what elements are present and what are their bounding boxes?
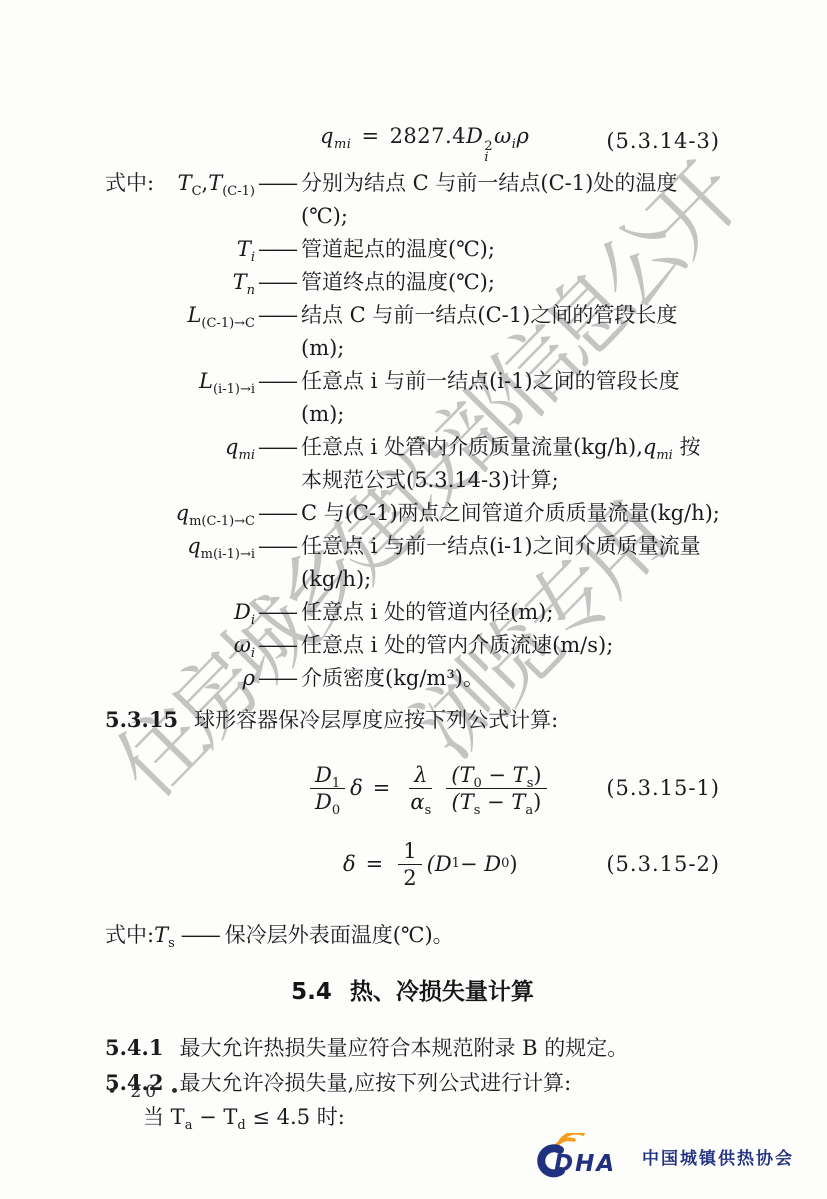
definition-text: 保冷层外表面温度(℃)。 bbox=[225, 919, 454, 952]
definition-row: Tn —— 管道终点的温度(℃); bbox=[105, 266, 720, 299]
clause-text: 最大允许冷损失量,应按下列公式进行计算: bbox=[179, 1071, 571, 1095]
clause-5-3-15: 5.3.15球形容器保冷层厚度应按下列公式计算: bbox=[105, 703, 720, 737]
clause-number: 5.3.15 bbox=[105, 707, 178, 732]
clause-5-4-1: 5.4.1最大允许热损失量应符合本规范附录 B 的规定。 bbox=[105, 1031, 720, 1065]
definition-dash: —— bbox=[258, 662, 296, 695]
term: Di bbox=[234, 596, 255, 629]
definition-text: 任意点 i 处的管内介质流速(m/s); bbox=[301, 629, 720, 662]
fraction: 12 bbox=[398, 838, 421, 891]
term: L(C-1)→C bbox=[187, 299, 255, 332]
definition-dash: —— bbox=[258, 629, 296, 662]
clause-text: 最大允许热损失量应符合本规范附录 B 的规定。 bbox=[179, 1036, 628, 1060]
equation-body: δ=12(D1 − D0) bbox=[343, 838, 518, 891]
definition-row: 式中:TC,T(C-1) —— 分别为结点 C 与前一结点(C-1)处的温度(℃… bbox=[105, 167, 720, 233]
definition-row: ρ —— 介质密度(kg/m³)。 bbox=[105, 662, 720, 695]
definition-row: Di —— 任意点 i 处的管道内径(m); bbox=[105, 596, 720, 629]
term: TC,T(C-1) bbox=[178, 167, 255, 200]
definition-dash: —— bbox=[258, 431, 296, 464]
definition-text: 管道起点的温度(℃); bbox=[301, 233, 720, 266]
term: Ti bbox=[237, 233, 255, 266]
term: ωi bbox=[234, 629, 255, 662]
section-number: 5.4 bbox=[291, 979, 332, 1005]
definition-row: 式中:Ts —— 保冷层外表面温度(℃)。 bbox=[105, 919, 720, 952]
page-number: • 20 • bbox=[107, 1082, 184, 1102]
symbol-definition-list: 式中:TC,T(C-1) —— 分别为结点 C 与前一结点(C-1)处的温度(℃… bbox=[105, 167, 720, 695]
section-heading-5-4: 5.4热、冷损失量计算 bbox=[105, 976, 720, 1009]
logo-acronym: DHA bbox=[554, 1151, 616, 1177]
section-title: 热、冷损失量计算 bbox=[350, 979, 534, 1005]
definition-text: 介质密度(kg/m³)。 bbox=[301, 662, 720, 695]
supsub-stack: 2i bbox=[484, 141, 493, 163]
term: qmi bbox=[225, 431, 255, 464]
fraction: λαs bbox=[405, 762, 436, 815]
term: Tn bbox=[233, 266, 255, 299]
definition-text: 管道终点的温度(℃); bbox=[301, 266, 720, 299]
equation-5-3-15-2: δ=12(D1 − D0) (5.3.15-2) bbox=[105, 835, 720, 893]
term: ρ bbox=[243, 662, 255, 695]
equation-5-3-15-1: D1D0δ=λαs(T0 − Ts)(Ts − Ta) (5.3.15-1) bbox=[105, 751, 720, 825]
definition-dash: —— bbox=[258, 266, 296, 299]
definition-dash: —— bbox=[258, 365, 296, 398]
definition-row: qm(i-1)→i —— 任意点 i 与前一结点(i-1)之间介质质量流量(kg… bbox=[105, 530, 720, 596]
definition-text: C 与(C-1)两点之间管道介质质量流量(kg/h); bbox=[301, 497, 720, 530]
definition-dash: —— bbox=[258, 530, 296, 563]
equation-body: D1D0δ=λαs(T0 − Ts)(Ts − Ta) bbox=[305, 762, 552, 815]
definition-dash: —— bbox=[258, 233, 296, 266]
equation-number: (5.3.14-3) bbox=[606, 125, 720, 158]
document-body: qmi=2827.4D2iωiρ (5.3.14-3) 式中:TC,T(C-1)… bbox=[105, 115, 720, 1134]
definition-dash: —— bbox=[258, 596, 296, 629]
definition-text: 任意点 i 处的管道内径(m); bbox=[301, 596, 720, 629]
fraction: D1D0 bbox=[310, 762, 345, 815]
document-page: { "watermark": { "line1": "住房城乡建设部信息公开",… bbox=[0, 0, 827, 1199]
equation-body: qmi=2827.4D2iωiρ bbox=[320, 120, 529, 163]
equation-number: (5.3.15-1) bbox=[606, 772, 720, 805]
cdha-logo-icon: DHA bbox=[530, 1133, 634, 1179]
definition-text: 结点 C 与前一结点(C-1)之间的管段长度(m); bbox=[301, 299, 720, 365]
definition-row: qm(C-1)→C —— C 与(C-1)两点之间管道介质质量流量(kg/h); bbox=[105, 497, 720, 530]
definition-dash: —— bbox=[258, 167, 296, 200]
definition-row: Ti —— 管道起点的温度(℃); bbox=[105, 233, 720, 266]
definition-text: 任意点 i 处管内介质质量流量(kg/h),qmi 按本规范公式(5.3.14-… bbox=[301, 431, 720, 497]
organization-name: 中国城镇供热协会 bbox=[642, 1144, 794, 1169]
clause-text: 球形容器保冷层厚度应按下列公式计算: bbox=[194, 708, 558, 732]
term: qm(i-1)→i bbox=[187, 530, 255, 563]
definition-text: 任意点 i 与前一结点(i-1)之间的管段长度(m); bbox=[301, 365, 720, 431]
term: Ts bbox=[154, 919, 175, 952]
term: qm(C-1)→C bbox=[176, 497, 255, 530]
where-prefix: 式中: bbox=[105, 919, 154, 952]
definition-text: 任意点 i 与前一结点(i-1)之间介质质量流量(kg/h); bbox=[301, 530, 720, 596]
term: L(i-1)→i bbox=[199, 365, 255, 398]
condition-line: 当 Ta − Td ≤ 4.5 时: bbox=[143, 1101, 720, 1134]
clause-number: 5.4.1 bbox=[105, 1035, 163, 1060]
definition-dash: —— bbox=[258, 497, 296, 530]
equation-5-3-14-3: qmi=2827.4D2iωiρ (5.3.14-3) bbox=[105, 121, 720, 161]
definition-row: qmi —— 任意点 i 处管内介质质量流量(kg/h),qmi 按本规范公式(… bbox=[105, 431, 720, 497]
definition-row: L(C-1)→C —— 结点 C 与前一结点(C-1)之间的管段长度(m); bbox=[105, 299, 720, 365]
definition-row: L(i-1)→i —— 任意点 i 与前一结点(i-1)之间的管段长度(m); bbox=[105, 365, 720, 431]
definition-text: 分别为结点 C 与前一结点(C-1)处的温度(℃); bbox=[301, 167, 720, 233]
definition-dash: —— bbox=[181, 919, 219, 952]
definition-row: ωi —— 任意点 i 处的管内介质流速(m/s); bbox=[105, 629, 720, 662]
equation-number: (5.3.15-2) bbox=[606, 848, 720, 881]
where-prefix: 式中: bbox=[105, 167, 154, 200]
association-logo: DHA 中国城镇供热协会 bbox=[530, 1133, 794, 1179]
definition-dash: —— bbox=[258, 299, 296, 332]
clause-5-4-2: 5.4.2最大允许冷损失量,应按下列公式进行计算: bbox=[105, 1066, 720, 1100]
fraction: (T0 − Ts)(Ts − Ta) bbox=[446, 762, 546, 815]
